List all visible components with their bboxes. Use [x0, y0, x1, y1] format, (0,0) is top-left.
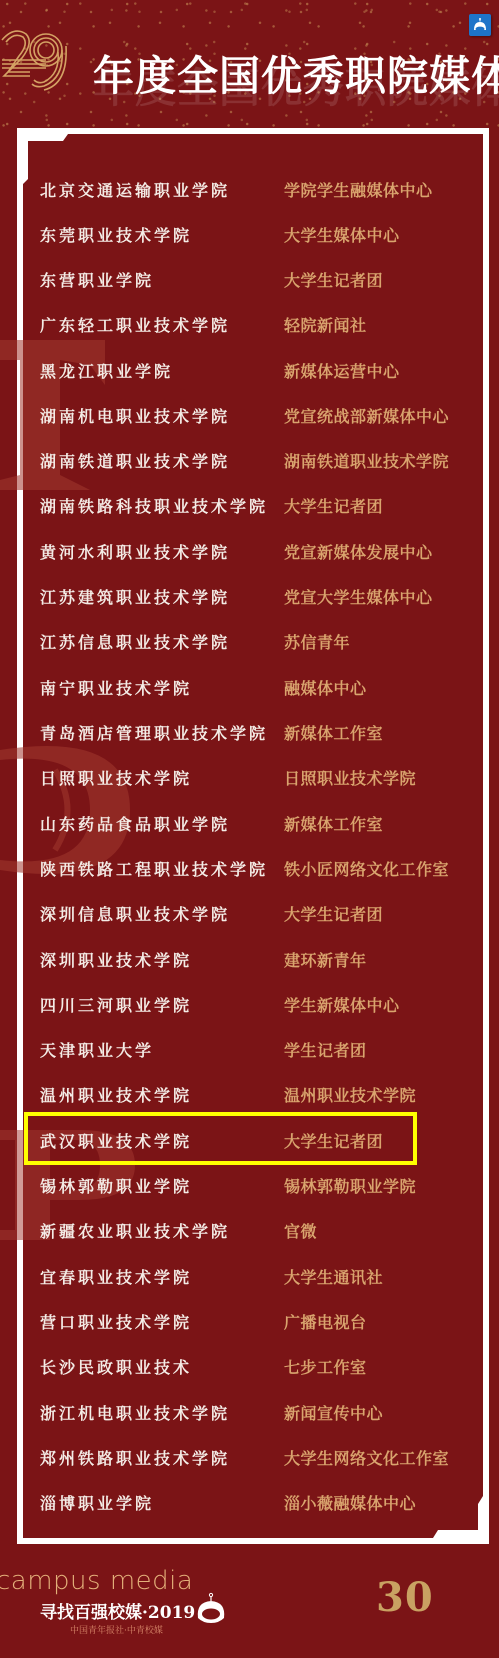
media-name: 大学生网络文化工作室 — [284, 1446, 449, 1469]
list-item: 北京交通运输职业学院学院学生融媒体中心 — [40, 174, 460, 204]
school-name: 江苏信息职业技术学院 — [40, 630, 284, 653]
list-item: 广东轻工职业技术学院轻院新闻社 — [40, 309, 460, 339]
list-item: 江苏建筑职业技术学院党宣大学生媒体中心 — [40, 581, 460, 611]
badge-number-30: 30 — [376, 1578, 434, 1618]
school-name: 青岛酒店管理职业技术学院 — [40, 721, 284, 744]
school-name: 深圳职业技术学院 — [40, 948, 284, 971]
mascot-icon — [469, 14, 491, 36]
school-name: 湖南铁道职业技术学院 — [40, 449, 284, 472]
school-name: 长沙民政职业技术 — [40, 1355, 284, 1378]
media-name: 大学生通讯社 — [284, 1265, 383, 1288]
list-item: 江苏信息职业技术学院苏信青年 — [40, 626, 460, 656]
media-name: 七步工作室 — [284, 1355, 367, 1378]
list-item: 湖南机电职业技术学院党宣统战部新媒体中心 — [40, 400, 460, 430]
school-name: 东营职业学院 — [40, 268, 284, 291]
list-item: 宜春职业技术学院大学生通讯社 — [40, 1261, 460, 1291]
list-item: 温州职业技术学院温州职业技术学院 — [40, 1079, 460, 1109]
school-name: 温州职业技术学院 — [40, 1083, 284, 1106]
publisher-text: 中国青年报社·中青校媒 — [70, 1623, 163, 1636]
media-name: 日照职业技术学院 — [284, 766, 416, 789]
school-name: 锡林郭勒职业学院 — [40, 1174, 284, 1197]
list-item: 郑州铁路职业技术学院大学生网络文化工作室 — [40, 1442, 460, 1472]
list-item: 陕西铁路工程职业技术学院铁小匠网络文化工作室 — [40, 853, 460, 883]
school-name: 山东药品食品职业学院 — [40, 812, 284, 835]
list-item: 深圳职业技术学院建环新青年 — [40, 944, 460, 974]
media-name: 新媒体工作室 — [284, 721, 383, 744]
media-name: 淄小薇融媒体中心 — [284, 1491, 416, 1514]
media-name: 党宣统战部新媒体中心 — [284, 404, 449, 427]
school-name: 日照职业技术学院 — [40, 766, 284, 789]
school-name: 新疆农业职业技术学院 — [40, 1219, 284, 1242]
year-2019-logo — [0, 20, 92, 92]
list-item: 新疆农业职业技术学院官微 — [40, 1215, 460, 1245]
media-name: 学生记者团 — [284, 1038, 367, 1061]
mascot-corner-button[interactable] — [469, 14, 491, 36]
school-name: 江苏建筑职业技术学院 — [40, 585, 284, 608]
list-item-highlighted: 武汉职业技术学院大学生记者团 — [40, 1125, 460, 1155]
media-name: 党宣大学生媒体中心 — [284, 585, 433, 608]
school-name: 天津职业大学 — [40, 1038, 284, 1061]
list-item: 南宁职业技术学院融媒体中心 — [40, 672, 460, 702]
media-name: 官微 — [284, 1219, 317, 1242]
school-name: 南宁职业技术学院 — [40, 676, 284, 699]
page-title: 年度全国优秀职院媒体 — [93, 52, 499, 100]
list-item: 青岛酒店管理职业技术学院新媒体工作室 — [40, 717, 460, 747]
media-name: 大学生记者团 — [284, 494, 383, 517]
media-name: 温州职业技术学院 — [284, 1083, 416, 1106]
media-name: 新闻宣传中心 — [284, 1401, 383, 1424]
media-name: 新媒体工作室 — [284, 812, 383, 835]
school-name: 黑龙江职业学院 — [40, 359, 284, 382]
school-name: 陕西铁路工程职业技术学院 — [40, 857, 284, 880]
media-name: 铁小匠网络文化工作室 — [284, 857, 449, 880]
media-name: 广播电视台 — [284, 1310, 367, 1333]
slogan-text: 寻找百强校媒·2019 — [40, 1598, 195, 1623]
media-name: 学生新媒体中心 — [284, 993, 400, 1016]
school-name: 东莞职业技术学院 — [40, 223, 284, 246]
media-name: 苏信青年 — [284, 630, 350, 653]
list-item: 湖南铁路科技职业技术学院大学生记者团 — [40, 490, 460, 520]
list-item: 浙江机电职业技术学院新闻宣传中心 — [40, 1397, 460, 1427]
media-name: 轻院新闻社 — [284, 313, 367, 336]
list-item: 山东药品食品职业学院新媒体工作室 — [40, 808, 460, 838]
list-item: 天津职业大学学生记者团 — [40, 1034, 460, 1064]
school-name: 宜春职业技术学院 — [40, 1265, 284, 1288]
list-item: 四川三河职业学院学生新媒体中心 — [40, 989, 460, 1019]
school-name: 广东轻工职业技术学院 — [40, 313, 284, 336]
campus-media-logo: campus media — [0, 1567, 193, 1595]
media-name: 大学生媒体中心 — [284, 223, 400, 246]
list-item: 湖南铁道职业技术学院湖南铁道职业技术学院 — [40, 445, 460, 475]
list-item: 黄河水利职业技术学院党宣新媒体发展中心 — [40, 536, 460, 566]
media-name: 新媒体运营中心 — [284, 359, 400, 382]
mascot-icon — [193, 1590, 229, 1626]
media-name: 学院学生融媒体中心 — [284, 178, 433, 201]
school-name: 营口职业技术学院 — [40, 1310, 284, 1333]
school-name: 湖南机电职业技术学院 — [40, 404, 284, 427]
school-name: 四川三河职业学院 — [40, 993, 284, 1016]
media-name: 大学生记者团 — [284, 268, 383, 291]
list-item: 锡林郭勒职业学院锡林郭勒职业学院 — [40, 1170, 460, 1200]
school-name: 浙江机电职业技术学院 — [40, 1401, 284, 1424]
list-item: 东莞职业技术学院大学生媒体中心 — [40, 219, 460, 249]
list-item: 东营职业学院大学生记者团 — [40, 264, 460, 294]
school-name: 黄河水利职业技术学院 — [40, 540, 284, 563]
media-name: 锡林郭勒职业学院 — [284, 1174, 416, 1197]
school-name: 淄博职业学院 — [40, 1491, 284, 1514]
media-name: 融媒体中心 — [284, 676, 367, 699]
school-name: 深圳信息职业技术学院 — [40, 902, 284, 925]
media-name: 大学生记者团 — [284, 902, 383, 925]
media-name: 党宣新媒体发展中心 — [284, 540, 433, 563]
list-item: 黑龙江职业学院新媒体运营中心 — [40, 355, 460, 385]
list-item: 营口职业技术学院广播电视台 — [40, 1306, 460, 1336]
list-item: 深圳信息职业技术学院大学生记者团 — [40, 898, 460, 928]
school-name: 郑州铁路职业技术学院 — [40, 1446, 284, 1469]
school-name: 北京交通运输职业学院 — [40, 178, 284, 201]
list-item: 淄博职业学院淄小薇融媒体中心 — [40, 1487, 460, 1517]
list-item: 长沙民政职业技术七步工作室 — [40, 1351, 460, 1381]
media-name: 湖南铁道职业技术学院 — [284, 449, 449, 472]
school-name: 武汉职业技术学院 — [40, 1129, 284, 1152]
media-name: 建环新青年 — [284, 948, 367, 971]
school-name: 湖南铁路科技职业技术学院 — [40, 494, 284, 517]
media-name: 大学生记者团 — [284, 1129, 383, 1152]
list-item: 日照职业技术学院日照职业技术学院 — [40, 762, 460, 792]
